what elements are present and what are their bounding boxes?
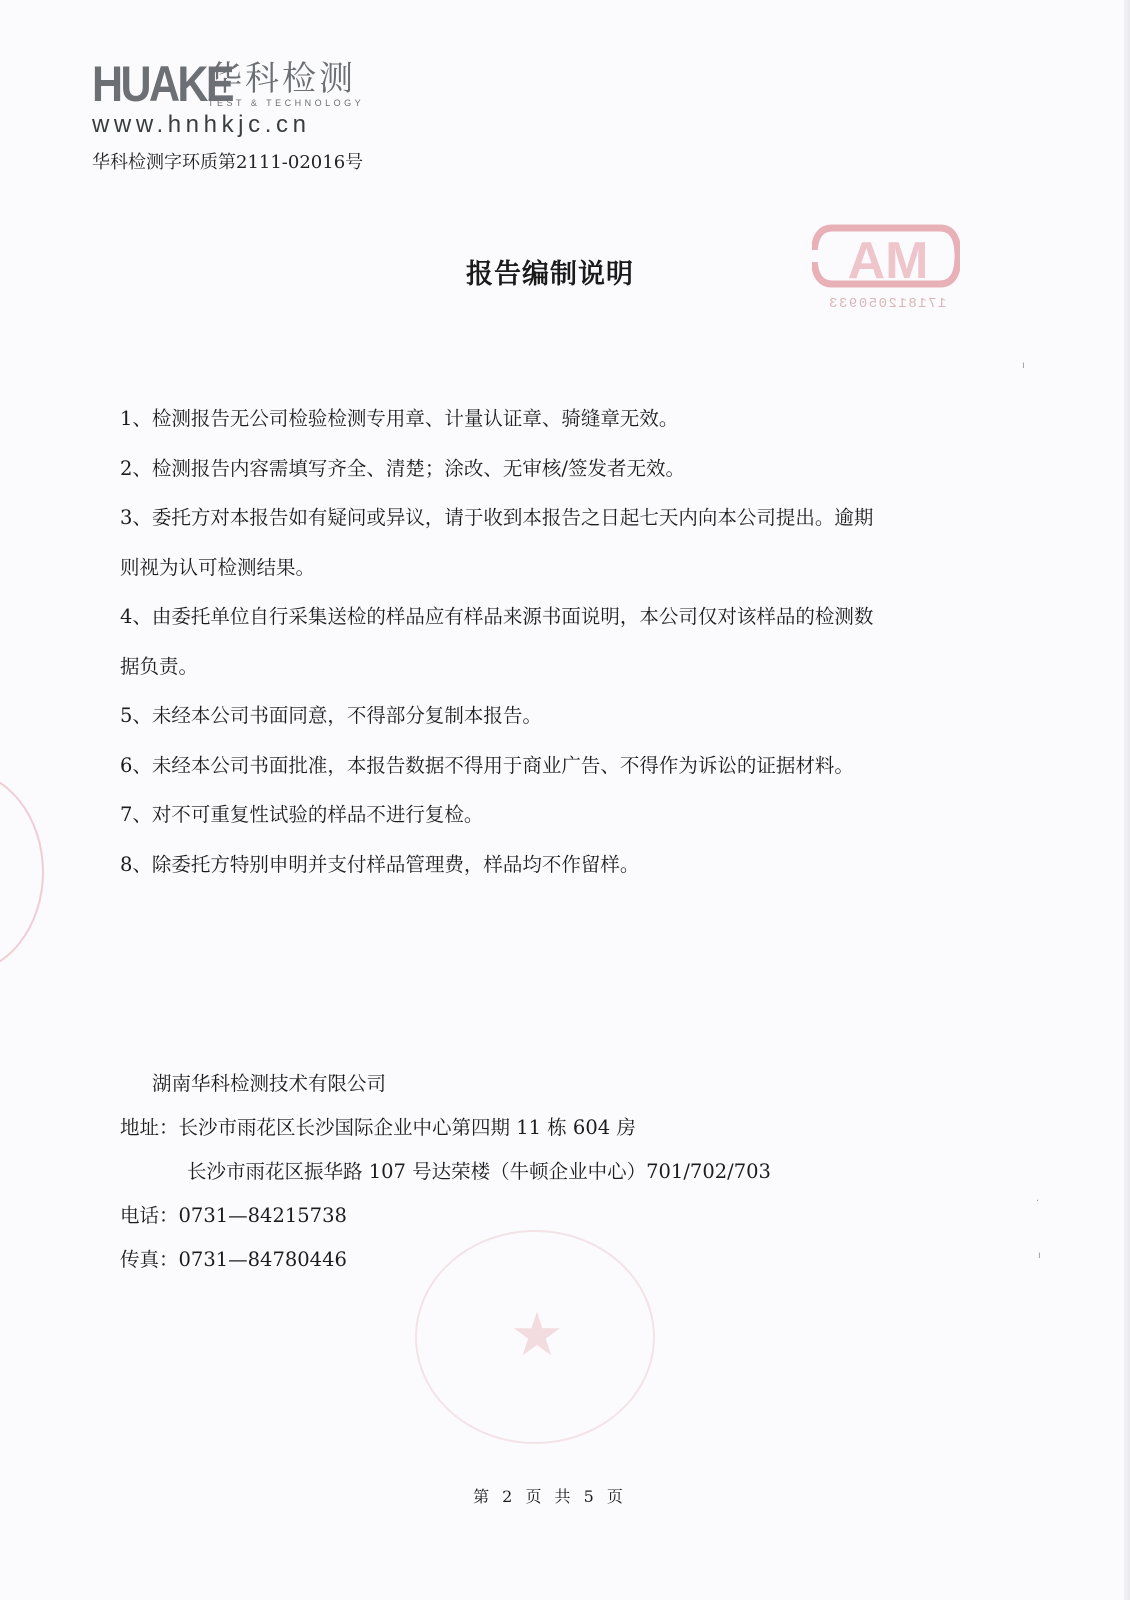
address-line-1: 地址：长沙市雨花区长沙国际企业中心第四期 11 栋 604 房: [120, 1106, 771, 1150]
note-line: 2、检测报告内容需填写齐全、清楚；涂改、无审核/签发者无效。: [120, 444, 980, 494]
note-line: 5、未经本公司书面同意，不得部分复制本报告。: [120, 691, 980, 741]
cma-stamp-number: 171812050933: [812, 296, 962, 312]
note-line: 1、检测报告无公司检验检测专用章、计量认证章、骑缝章无效。: [120, 394, 980, 444]
note-line: 7、对不可重复性试验的样品不进行复检。: [120, 790, 980, 840]
note-line: 3、委托方对本报告如有疑问或异议，请于收到本报告之日起七天内向本公司提出。逾期: [120, 493, 980, 543]
note-line: 6、未经本公司书面批准，本报告数据不得用于商业广告、不得作为诉讼的证据材料。: [120, 741, 980, 791]
fax-value: 0731—84780446: [179, 1248, 347, 1271]
fax-label: 传真：: [120, 1248, 179, 1271]
page-number: 第 2 页 共 5 页: [0, 1484, 1100, 1507]
company-name: 湖南华科检测技术有限公司: [120, 1062, 771, 1106]
phone-value: 0731—84215738: [179, 1204, 347, 1227]
notes-list: 1、检测报告无公司检验检测专用章、计量认证章、骑缝章无效。 2、检测报告内容需填…: [120, 394, 980, 889]
company-seal-left: [0, 770, 44, 974]
note-line: 据负责。: [120, 642, 980, 692]
address-line-2: 长沙市雨花区振华路 107 号达荣楼（牛顿企业中心）701/702/703: [120, 1150, 771, 1194]
company-info: 湖南华科检测技术有限公司 地址：长沙市雨花区长沙国际企业中心第四期 11 栋 6…: [120, 1062, 771, 1282]
website-url: www.hnhkjc.cn: [92, 112, 382, 138]
phone-label: 电话：: [120, 1204, 179, 1227]
note-line: 8、除委托方特别申明并支付样品管理费，样品均不作留样。: [120, 840, 980, 890]
seal-star-icon: ★: [510, 1300, 564, 1370]
scan-mark: ı: [1038, 1250, 1041, 1261]
scan-mark: ·: [1036, 1196, 1039, 1207]
document-number: 华科检测字环质第2111-02016号: [92, 148, 363, 174]
company-logo: HUAKE 华科检测 TEST & TECHNOLOGY www.hnhkjc.…: [92, 60, 382, 138]
scan-mark: ı: [1022, 360, 1025, 371]
page-edge: [1124, 0, 1130, 1600]
phone-line: 电话：0731—84215738: [120, 1194, 771, 1238]
note-line: 则视为认可检测结果。: [120, 543, 980, 593]
logo-mark: HUAKE: [92, 60, 187, 108]
address-value: 长沙市雨花区长沙国际企业中心第四期 11 栋 604 房: [179, 1116, 636, 1139]
note-line: 4、由委托单位自行采集送检的样品应有样品来源书面说明，本公司仅对该样品的检测数: [120, 592, 980, 642]
address-label: 地址：: [120, 1116, 179, 1139]
page-title: 报告编制说明: [0, 252, 1100, 291]
